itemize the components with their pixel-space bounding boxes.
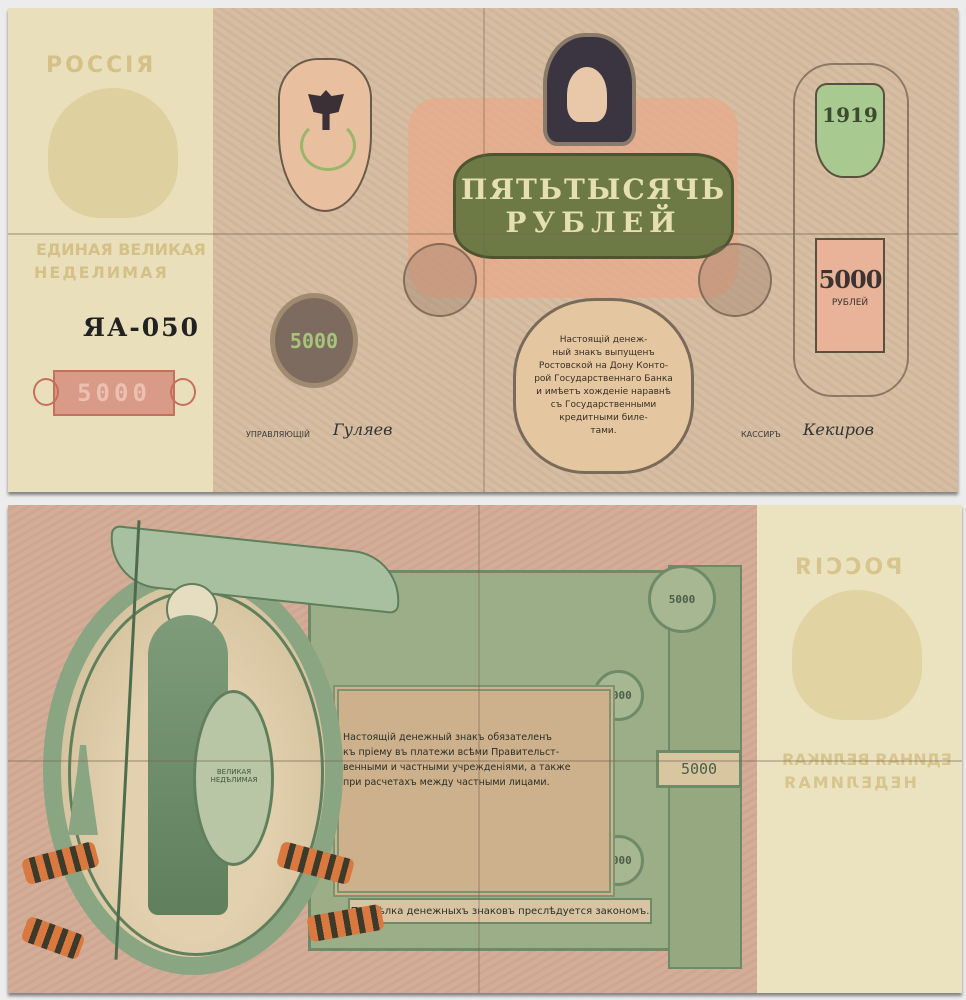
ornament-icon [170, 378, 196, 406]
obligation-text-line: Настоящій денежный знакъ обязателенъ [343, 730, 598, 745]
cashier-label: КАССИРЪ [741, 430, 781, 439]
fold-crease [483, 8, 485, 492]
issue-text-line: кредитными биле- [559, 412, 647, 425]
obligation-text-line: къ пріему въ платежи всѣми Правительст- [343, 745, 598, 760]
obligation-text-line: при расчетахъ между частными лицами. [343, 775, 598, 790]
back-watermark-panel: РОССІЯ ЕДИНАЯ ВЕЛИКАЯ НЕДЕЛИМАЯ [757, 505, 962, 993]
banknote-front: РОССІЯ ЕДИНАЯ ВЕЛИКАЯ НЕДЕЛИМАЯ ЯА-050 5… [8, 8, 958, 492]
shield-text: ВЕЛИКАЯ НЕДѢЛИМАЯ [204, 768, 264, 784]
eagle-cartouche [278, 58, 372, 212]
watermark-text-line1: ЕДИНАЯ ВЕЛИКАЯ [36, 240, 206, 259]
fold-crease [478, 505, 480, 993]
issue-text-line: рой Государственнаго Банка [534, 373, 673, 386]
issue-text-line: Настоящій денеж- [560, 334, 648, 347]
text-panel [333, 685, 615, 897]
mercury-portrait [543, 33, 636, 146]
shield-icon: ВЕЛИКАЯ НЕДѢЛИМАЯ [193, 690, 274, 866]
side-denomination-plate: 5000 [656, 750, 742, 788]
denomination-medallion: 5000 [270, 293, 358, 388]
obligation-text-line: венными и частными учрежденіями, а также [343, 760, 598, 775]
counterfeit-warning: Поддѣлка денежныхъ знаковъ преслѣдуется … [348, 898, 652, 924]
issue-text-line: съ Государственными [551, 399, 656, 412]
watermark-panel: РОССІЯ ЕДИНАЯ ВЕЛИКАЯ НЕДЕЛИМАЯ ЯА-050 5… [8, 8, 213, 492]
right-denomination-value: 5000 [819, 265, 882, 294]
manager-label: УПРАВЛЯЮЩІЙ [246, 430, 310, 439]
cornucopia-right-icon [698, 243, 772, 317]
issue-text-line: Ростовской на Дону Конто- [539, 360, 668, 373]
portrait-face-icon [567, 67, 607, 122]
back-watermark-text-line2: НЕДЕЛИМАЯ [782, 773, 917, 792]
cornucopia-left-icon [403, 243, 477, 317]
back-watermark-eagle-icon [792, 590, 922, 720]
right-denomination-unit: РУБЛЕЙ [832, 298, 868, 308]
banknote-back: РОССІЯ ЕДИНАЯ ВЕЛИКАЯ НЕДЕЛИМАЯ 5000 500… [8, 505, 962, 993]
watermark-text-line2: НЕДЕЛИМАЯ [34, 263, 169, 282]
title-line1: ПЯТЬТЫСЯЧЬ [461, 173, 726, 206]
rosette-top: 5000 [648, 565, 716, 633]
manager-signature: Гуляев [333, 420, 392, 439]
issue-text-cartouche: Настоящій денеж- ный знакъ выпущенъ Рост… [513, 298, 694, 474]
title-plate: ПЯТЬТЫСЯЧЬ РУБЛЕЙ [453, 153, 734, 259]
ornament-icon [33, 378, 59, 406]
right-denomination-plate: 5000 РУБЛЕЙ [815, 238, 885, 353]
watermark-text-top: РОССІЯ [46, 53, 156, 78]
fold-crease [8, 760, 962, 762]
cashier-signature: Кекиров [803, 420, 874, 439]
watermark-eagle-icon [48, 88, 178, 218]
issue-text-line: и имѣетъ хожденіе наравнѣ [536, 386, 671, 399]
issue-text-line: тами. [590, 425, 616, 438]
issue-text-line: ный знакъ выпущенъ [552, 347, 654, 360]
laurel-wreath-icon [300, 120, 356, 171]
year-plate: 1919 [815, 83, 885, 178]
right-ornament-panel: 1919 5000 РУБЛЕЙ [793, 63, 908, 393]
serial-number: ЯА-050 [83, 313, 200, 342]
left-denomination-box: 5000 [53, 370, 175, 416]
back-watermark-text-top: РОССІЯ [792, 555, 902, 580]
